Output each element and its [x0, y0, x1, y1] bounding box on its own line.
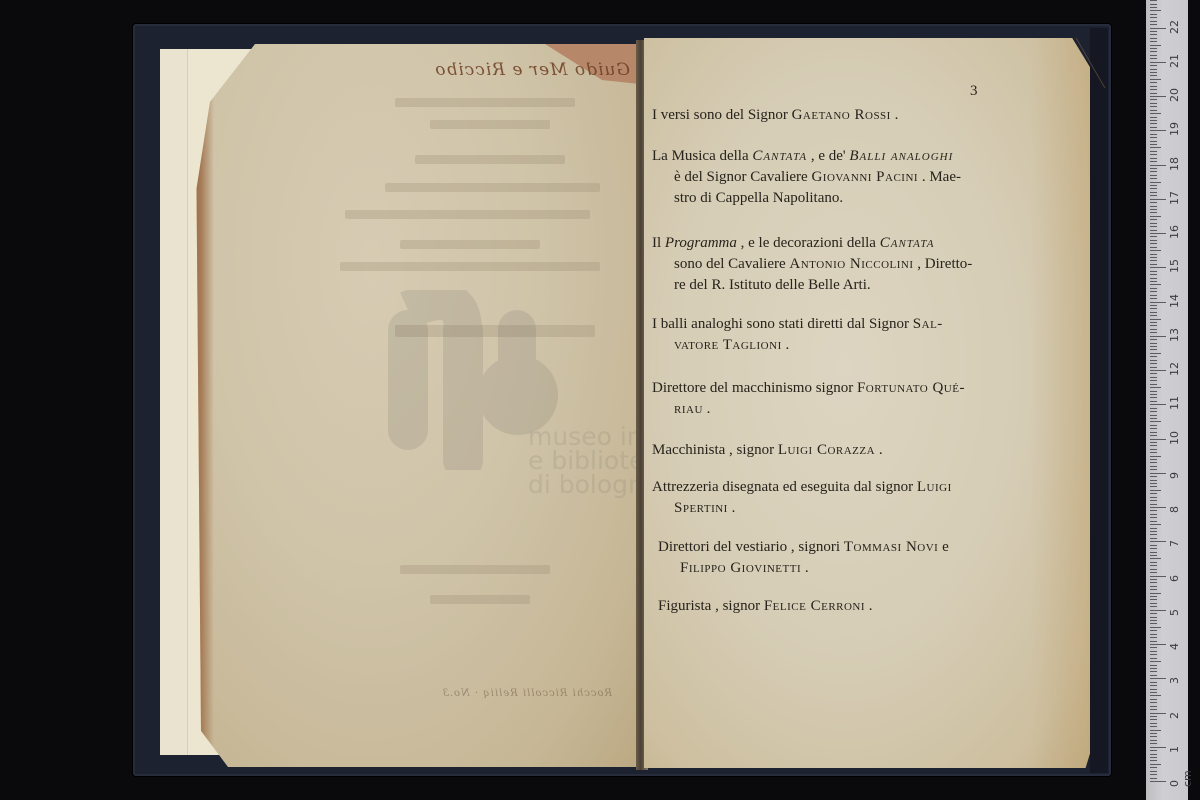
ruler-tick: [1150, 329, 1157, 330]
ruler-tick: [1150, 524, 1161, 525]
ruler-tick: [1150, 562, 1157, 563]
ruler-tick: [1150, 175, 1157, 176]
ruler-tick: [1150, 141, 1157, 142]
ruler-tick: [1150, 778, 1157, 779]
ruler-tick: [1150, 89, 1157, 90]
ruler-tick: [1150, 99, 1157, 100]
ruler-tick: [1150, 223, 1157, 224]
ruler-tick: [1150, 291, 1157, 292]
ruler-tick: [1150, 411, 1157, 412]
ruler-tick: [1150, 538, 1157, 539]
ruler-tick: [1150, 483, 1157, 484]
ruler-tick: [1150, 665, 1157, 666]
ruler-tick: [1150, 767, 1157, 768]
ruler-tick: [1150, 730, 1161, 731]
ruler-tick: [1150, 685, 1157, 686]
ruler-tick: [1150, 123, 1157, 124]
ruler-tick: [1150, 647, 1157, 648]
ruler-tick: [1150, 528, 1157, 529]
ruler-label: 1: [1168, 729, 1181, 753]
ruler-tick: [1150, 459, 1157, 460]
ruler-label: 18: [1168, 147, 1181, 171]
ruler-tick: [1150, 781, 1166, 782]
ruler-label: 11: [1168, 386, 1181, 410]
ruler-tick: [1150, 617, 1157, 618]
ruler-tick: [1150, 188, 1157, 189]
ruler-label: 22: [1168, 10, 1181, 34]
ruler-tick: [1150, 671, 1157, 672]
ruler-tick: [1150, 702, 1157, 703]
ruler-tick: [1150, 387, 1161, 388]
ruler-tick: [1150, 230, 1157, 231]
ruler-tick: [1150, 349, 1157, 350]
ruler-tick: [1150, 719, 1157, 720]
ruler-tick: [1150, 158, 1157, 159]
ruler-tick: [1150, 117, 1157, 118]
ruler-tick: [1150, 504, 1157, 505]
ruler-tick: [1150, 185, 1157, 186]
ruler-tick: [1150, 709, 1157, 710]
ruler-tick: [1150, 582, 1157, 583]
ruler-tick: [1150, 613, 1157, 614]
ruler-tick: [1150, 442, 1157, 443]
ruler-tick: [1150, 723, 1157, 724]
ruler-tick: [1150, 596, 1157, 597]
ruler-tick: [1150, 182, 1161, 183]
scan-scene: Guido Mer e Riccibo Rocchi Riccolli Reli…: [0, 0, 1200, 800]
ruler-tick: [1150, 254, 1157, 255]
ruler-tick: [1150, 212, 1157, 213]
ruler-tick: [1150, 216, 1161, 217]
ruler-tick: [1150, 651, 1157, 652]
ruler-label: 20: [1168, 78, 1181, 102]
ruler-tick: [1150, 312, 1157, 313]
handwritten-inscription-top: Guido Mer e Riccibo: [340, 60, 630, 80]
ruler-tick: [1150, 86, 1157, 87]
ruler-tick: [1150, 31, 1157, 32]
ruler-tick: [1150, 113, 1161, 114]
ruler-label: 9: [1168, 455, 1181, 479]
ruler-tick: [1150, 202, 1157, 203]
ruler-tick: [1150, 408, 1157, 409]
ruler-tick: [1150, 480, 1157, 481]
ruler-tick: [1150, 452, 1157, 453]
ruler-tick: [1150, 267, 1166, 268]
ruler-tick: [1150, 24, 1157, 25]
ruler-tick: [1150, 750, 1157, 751]
ruler-tick: [1150, 432, 1157, 433]
ruler-tick: [1150, 534, 1157, 535]
ruler-tick: [1150, 428, 1157, 429]
ruler-tick: [1150, 586, 1157, 587]
ruler-tick: [1150, 17, 1157, 18]
binding-board-edge: [1090, 28, 1108, 773]
ruler-tick: [1150, 336, 1166, 337]
ruler-tick: [1150, 675, 1157, 676]
ruler-tick: [1150, 726, 1157, 727]
ruler-tick: [1150, 517, 1157, 518]
ruler-tick: [1150, 552, 1157, 553]
ruler-tick: [1150, 661, 1161, 662]
ruler-tick: [1150, 360, 1157, 361]
ruler-tick: [1150, 404, 1166, 405]
ruler-tick: [1150, 545, 1157, 546]
ruler-tick: [1150, 298, 1157, 299]
ruler-tick: [1150, 418, 1157, 419]
ruler-tick: [1150, 274, 1157, 275]
ruler-tick: [1150, 740, 1157, 741]
ruler-tick: [1150, 367, 1157, 368]
credit-paragraph-music: La Musica della Cantata , e de' Balli an…: [652, 146, 1007, 209]
ruler-tick: [1150, 308, 1157, 309]
credit-paragraph-machinery-director: Direttore del macchinismo signor Fortuna…: [652, 378, 1007, 420]
ruler-tick: [1150, 55, 1157, 56]
ruler-tick: [1150, 421, 1161, 422]
ruler-tick: [1150, 439, 1166, 440]
ruler-tick: [1150, 473, 1166, 474]
ruler-tick: [1150, 260, 1157, 261]
ruler-tick: [1150, 774, 1157, 775]
ruler-tick: [1150, 363, 1157, 364]
ruler-tick: [1150, 96, 1166, 97]
ruler-label: 19: [1168, 112, 1181, 136]
ruler-tick: [1150, 456, 1161, 457]
ruler-tick: [1150, 425, 1157, 426]
ruler-tick: [1150, 606, 1157, 607]
ruler-tick: [1150, 305, 1157, 306]
ruler-tick: [1150, 641, 1157, 642]
ruler-tick: [1150, 233, 1166, 234]
ruler-tick: [1150, 14, 1157, 15]
ruler-tick: [1150, 623, 1157, 624]
ruler-tick: [1150, 510, 1157, 511]
handwritten-inscription-bottom: Rocchi Riccolli Reliiq · No.3: [362, 688, 612, 699]
ruler-tick: [1150, 106, 1157, 107]
ruler-tick: [1150, 206, 1157, 207]
ruler-tick: [1150, 493, 1157, 494]
ruler-tick: [1150, 548, 1157, 549]
ruler-tick: [1150, 48, 1157, 49]
ruler-label: 15: [1168, 249, 1181, 273]
ruler-tick: [1150, 58, 1157, 59]
ruler-tick: [1150, 706, 1157, 707]
ruler-tick: [1150, 627, 1161, 628]
ruler-tick: [1150, 391, 1157, 392]
ruler-label: 0 cm: [1168, 763, 1194, 787]
ruler-tick: [1150, 130, 1166, 131]
credit-paragraph-machinist: Macchinista , signor Luigi Corazza .: [652, 440, 1007, 461]
ruler-tick: [1150, 178, 1157, 179]
credit-paragraph-figurist: Figurista , signor Felice Cerroni .: [658, 596, 1013, 617]
ruler-tick: [1150, 500, 1157, 501]
ruler-label: 12: [1168, 352, 1181, 376]
ruler-label: 13: [1168, 318, 1181, 342]
ruler-tick: [1150, 476, 1157, 477]
ruler-tick: [1150, 397, 1157, 398]
ruler-tick: [1150, 579, 1157, 580]
ruler-tick: [1150, 93, 1157, 94]
ruler-label: 7: [1168, 523, 1181, 547]
ruler-tick: [1150, 521, 1157, 522]
ruler-tick: [1150, 555, 1157, 556]
ruler-tick: [1150, 695, 1161, 696]
ruler-tick: [1150, 435, 1157, 436]
ruler-tick: [1150, 302, 1166, 303]
ruler-tick: [1150, 466, 1157, 467]
ruler-tick: [1150, 654, 1157, 655]
ruler-tick: [1150, 682, 1157, 683]
ruler-tick: [1150, 760, 1157, 761]
ruler-tick: [1150, 620, 1157, 621]
ruler-tick: [1150, 531, 1157, 532]
ruler-tick: [1150, 603, 1157, 604]
ruler-tick: [1150, 716, 1157, 717]
ruler-tick: [1150, 610, 1166, 611]
ruler-tick: [1150, 264, 1157, 265]
ruler-tick: [1150, 593, 1161, 594]
ruler-tick: [1150, 0, 1157, 1]
credit-paragraph-programme: Il Programma , e le decorazioni della Ca…: [652, 233, 1007, 296]
ruler-tick: [1150, 497, 1157, 498]
ruler-tick: [1150, 65, 1157, 66]
ruler-tick: [1150, 415, 1157, 416]
ruler-tick: [1150, 236, 1157, 237]
ruler-label: 5: [1168, 592, 1181, 616]
ruler-label: 8: [1168, 489, 1181, 513]
credit-paragraph-costumes: Direttori del vestiario , signori Tommas…: [658, 537, 1013, 579]
ruler-tick: [1150, 449, 1157, 450]
ruler-tick: [1150, 394, 1157, 395]
ruler-tick: [1150, 569, 1157, 570]
ruler-tick: [1150, 630, 1157, 631]
ruler-tick: [1150, 339, 1157, 340]
ruler-tick: [1150, 219, 1157, 220]
ruler-tick: [1150, 250, 1161, 251]
ruler-tick: [1150, 295, 1157, 296]
ruler-label: 6: [1168, 558, 1181, 582]
ruler-tick: [1150, 257, 1157, 258]
ruler-tick: [1150, 401, 1157, 402]
ruler-label: 17: [1168, 181, 1181, 205]
ruler-tick: [1150, 62, 1166, 63]
ruler-tick: [1150, 278, 1157, 279]
ruler-tick: [1150, 764, 1161, 765]
page-number: 3: [970, 83, 978, 100]
ruler-tick: [1150, 514, 1157, 515]
ruler-tick: [1150, 469, 1157, 470]
ruler-tick: [1150, 599, 1157, 600]
ruler-tick: [1150, 771, 1157, 772]
ruler-tick: [1150, 281, 1157, 282]
ruler-tick: [1150, 692, 1157, 693]
ruler-tick: [1150, 353, 1161, 354]
ruler-tick: [1150, 168, 1157, 169]
ruler-tick: [1150, 151, 1157, 152]
ruler-tick: [1150, 144, 1157, 145]
ruler-tick: [1150, 541, 1166, 542]
ruler-tick: [1150, 733, 1157, 734]
ruler-tick: [1150, 644, 1166, 645]
ruler-tick: [1150, 325, 1157, 326]
ruler-tick: [1150, 199, 1166, 200]
ruler-tick: [1150, 370, 1166, 371]
ruler-tick: [1150, 243, 1157, 244]
ruler-label: 10: [1168, 421, 1181, 445]
ruler-tick: [1150, 486, 1157, 487]
ruler-tick: [1150, 41, 1157, 42]
ruler-tick: [1150, 154, 1157, 155]
ruler-tick: [1150, 28, 1166, 29]
ruler-tick: [1150, 384, 1157, 385]
ruler-tick: [1150, 668, 1157, 669]
ruler-tick: [1150, 134, 1157, 135]
credit-paragraph-ballets: I balli analoghi sono stati diretti dal …: [652, 314, 1007, 356]
ruler-tick: [1150, 271, 1157, 272]
ruler-label: 21: [1168, 44, 1181, 68]
measurement-ruler: 0 cm12345678910111213141516171819202122: [1146, 0, 1188, 800]
ruler-tick: [1150, 445, 1157, 446]
edge-stain: [1030, 38, 1090, 768]
ruler-tick: [1150, 658, 1157, 659]
ruler-tick: [1150, 462, 1157, 463]
ruler-tick: [1150, 572, 1157, 573]
ruler-tick: [1150, 678, 1166, 679]
ruler-tick: [1150, 343, 1157, 344]
ruler-tick: [1150, 747, 1166, 748]
ruler-tick: [1150, 332, 1157, 333]
ruler-tick: [1150, 356, 1157, 357]
ruler-tick: [1150, 127, 1157, 128]
ruler-label: 4: [1168, 626, 1181, 650]
ruler-tick: [1150, 736, 1157, 737]
ruler-tick: [1150, 637, 1157, 638]
ruler-tick: [1150, 72, 1157, 73]
ruler-tick: [1150, 165, 1166, 166]
ruler-tick: [1150, 147, 1161, 148]
ruler-tick: [1150, 21, 1157, 22]
ruler-tick: [1150, 576, 1166, 577]
ruler-tick: [1150, 634, 1157, 635]
ruler-tick: [1150, 7, 1157, 8]
ruler-label: 14: [1168, 284, 1181, 308]
ruler-tick: [1150, 754, 1157, 755]
ruler-tick: [1150, 565, 1157, 566]
ruler-tick: [1150, 322, 1157, 323]
ruler-tick: [1150, 192, 1157, 193]
ruler-tick: [1150, 110, 1157, 111]
ruler-tick: [1150, 346, 1157, 347]
ruler-tick: [1150, 103, 1157, 104]
ruler-tick: [1150, 288, 1157, 289]
ruler-tick: [1150, 743, 1157, 744]
ruler-tick: [1150, 319, 1161, 320]
ruler-tick: [1150, 240, 1157, 241]
ruler-tick: [1150, 247, 1157, 248]
ruler-tick: [1150, 377, 1157, 378]
ruler-tick: [1150, 45, 1161, 46]
ruler-tick: [1150, 373, 1157, 374]
ruler-tick: [1150, 82, 1157, 83]
ruler-tick: [1150, 120, 1157, 121]
ruler-label: 2: [1168, 695, 1181, 719]
ruler-tick: [1150, 284, 1161, 285]
ruler-tick: [1150, 226, 1157, 227]
ruler-tick: [1150, 380, 1157, 381]
ruler-tick: [1150, 507, 1166, 508]
watermark-text: museo in e bibliote di bologn: [528, 425, 644, 497]
ruler-tick: [1150, 195, 1157, 196]
ruler-tick: [1150, 10, 1161, 11]
ruler-tick: [1150, 699, 1157, 700]
credit-paragraph-props: Attrezzeria disegnata ed eseguita dal si…: [652, 477, 1007, 519]
ruler-tick: [1150, 69, 1157, 70]
ruler-tick: [1150, 34, 1157, 35]
ruler-label: 16: [1168, 215, 1181, 239]
ruler-tick: [1150, 137, 1157, 138]
ruler-tick: [1150, 558, 1161, 559]
credit-paragraph-verses: I versi sono del Signor Gaetano Rossi .: [652, 105, 1007, 126]
ruler-tick: [1150, 51, 1157, 52]
ruler-label: 3: [1168, 660, 1181, 684]
ruler-tick: [1150, 490, 1161, 491]
ruler-tick: [1150, 4, 1157, 5]
ruler-tick: [1150, 315, 1157, 316]
ruler-tick: [1150, 589, 1157, 590]
ruler-tick: [1150, 689, 1157, 690]
ruler-tick: [1150, 79, 1161, 80]
ruler-tick: [1150, 713, 1166, 714]
ruler-tick: [1150, 757, 1157, 758]
ruler-tick: [1150, 171, 1157, 172]
ruler-tick: [1150, 209, 1157, 210]
ruler-tick: [1150, 38, 1157, 39]
ruler-tick: [1150, 75, 1157, 76]
ruler-tick: [1150, 161, 1157, 162]
